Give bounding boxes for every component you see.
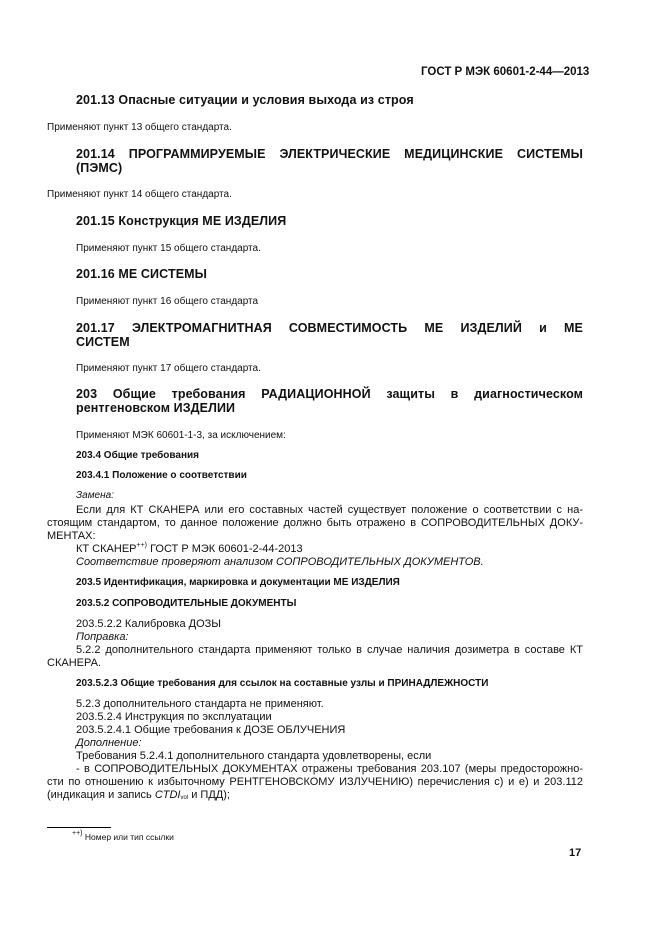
paragraph-line: Если для КТ СКАНЕРА или его составных ча…	[76, 504, 583, 516]
compliance-note: Соответствие проверяют анализом СОПРОВОД…	[76, 556, 484, 568]
section-heading-cont: (ПЭМС)	[76, 161, 122, 175]
section-heading: 201.16 МЕ СИСТЕМЫ	[76, 267, 207, 281]
example-text: КТ СКАНЕР	[76, 543, 137, 555]
text-span: (индикация и запись	[47, 789, 155, 801]
footnote-marker: ++)	[72, 830, 83, 837]
paragraph-line: - в СОПРОВОДИТЕЛЬНЫХ ДОКУМЕНТАХ отражены…	[76, 763, 583, 775]
subsection-heading: 203.5.2.3 Общие требования для ссылок на…	[76, 678, 488, 689]
document-page: ГОСТ Р МЭК 60601-2-44—2013 201.13 Опасны…	[0, 0, 661, 935]
subsection-heading: 203.4.1 Положение о соответствии	[76, 470, 247, 481]
section-heading: 203 Общие требования РАДИАЦИОННОЙ защиты…	[76, 387, 583, 401]
subsection-heading: 203.4 Общие требования	[76, 450, 199, 461]
section-text: Применяют пункт 16 общего стандарта	[76, 296, 258, 307]
footnote: ++) Номер или тип ссылки	[72, 832, 174, 842]
amendment-label: Поправка:	[76, 631, 129, 643]
item-title: 203.5.2.4 Инструкция по эксплуатации	[76, 711, 272, 723]
page-number: 17	[569, 847, 581, 859]
footnote-text: Номер или тип ссылки	[83, 832, 174, 842]
section-text: Применяют пункт 13 общего стандарта.	[47, 122, 232, 133]
section-text: Применяют пункт 14 общего стандарта.	[47, 189, 232, 200]
item-title: 203.5.2.4.1 Общие требования к ДОЗЕ ОБЛУ…	[76, 724, 345, 736]
subsection-heading: 203.5 Идентификация, маркировка и докуме…	[76, 577, 400, 588]
subsection-heading: 203.5.2 СОПРОВОДИТЕЛЬНЫЕ ДОКУМЕНТЫ	[76, 598, 296, 609]
marking-example: КТ СКАНЕР++) ГОСТ Р МЭК 60601-2-44-2013	[76, 543, 303, 555]
section-heading: 201.14 ПРОГРАММИРУЕМЫЕ ЭЛЕКТРИЧЕСКИЕ МЕД…	[76, 147, 583, 161]
section-heading: 201.15 Конструкция МЕ ИЗДЕЛИЯ	[76, 214, 286, 228]
paragraph-line: 5.2.2 дополнительного стандарта применяю…	[76, 644, 583, 656]
running-header: ГОСТ Р МЭК 60601-2-44—2013	[421, 66, 589, 78]
section-heading-cont: СИСТЕМ	[76, 335, 130, 349]
paragraph-line: СКАНЕРА.	[47, 657, 101, 669]
item-title: 203.5.2.2 Калибровка ДОЗЫ	[76, 618, 221, 630]
ctdi-symbol: CTDI	[155, 789, 181, 801]
section-heading-cont: рентгеновском ИЗДЕЛИИ	[76, 401, 235, 415]
paragraph-line: МЕНТАХ:	[47, 530, 96, 542]
example-text: ГОСТ Р МЭК 60601-2-44-2013	[147, 543, 303, 555]
text-span: и ПДД);	[188, 789, 230, 801]
section-text: Применяют пункт 17 общего стандарта.	[76, 363, 261, 374]
section-heading: 201.13 Опасные ситуации и условия выхода…	[76, 93, 414, 107]
paragraph-line: стоящим стандартом, то данное положение …	[47, 517, 583, 529]
addition-label: Дополнение:	[76, 737, 142, 749]
paragraph-line: Требования 5.2.4.1 дополнительного станд…	[76, 750, 431, 762]
paragraph-line: (индикация и запись CTDIvol и ПДД);	[47, 789, 230, 801]
paragraph-line: сти по отношению к избыточному РЕНТГЕНОВ…	[47, 776, 583, 788]
footnote-separator	[47, 827, 111, 828]
section-heading: 201.17 ЭЛЕКТРОМАГНИТНАЯ СОВМЕСТИМОСТЬ МЕ…	[76, 321, 583, 335]
amendment-label: Замена:	[76, 490, 114, 501]
section-text: Применяют пункт 15 общего стандарта.	[76, 243, 261, 254]
section-text: Применяют МЭК 60601-1-3, за исключением:	[76, 430, 286, 441]
paragraph-line: 5.2.3 дополнительного стандарта не приме…	[76, 698, 324, 710]
footnote-ref: ++)	[137, 542, 148, 549]
